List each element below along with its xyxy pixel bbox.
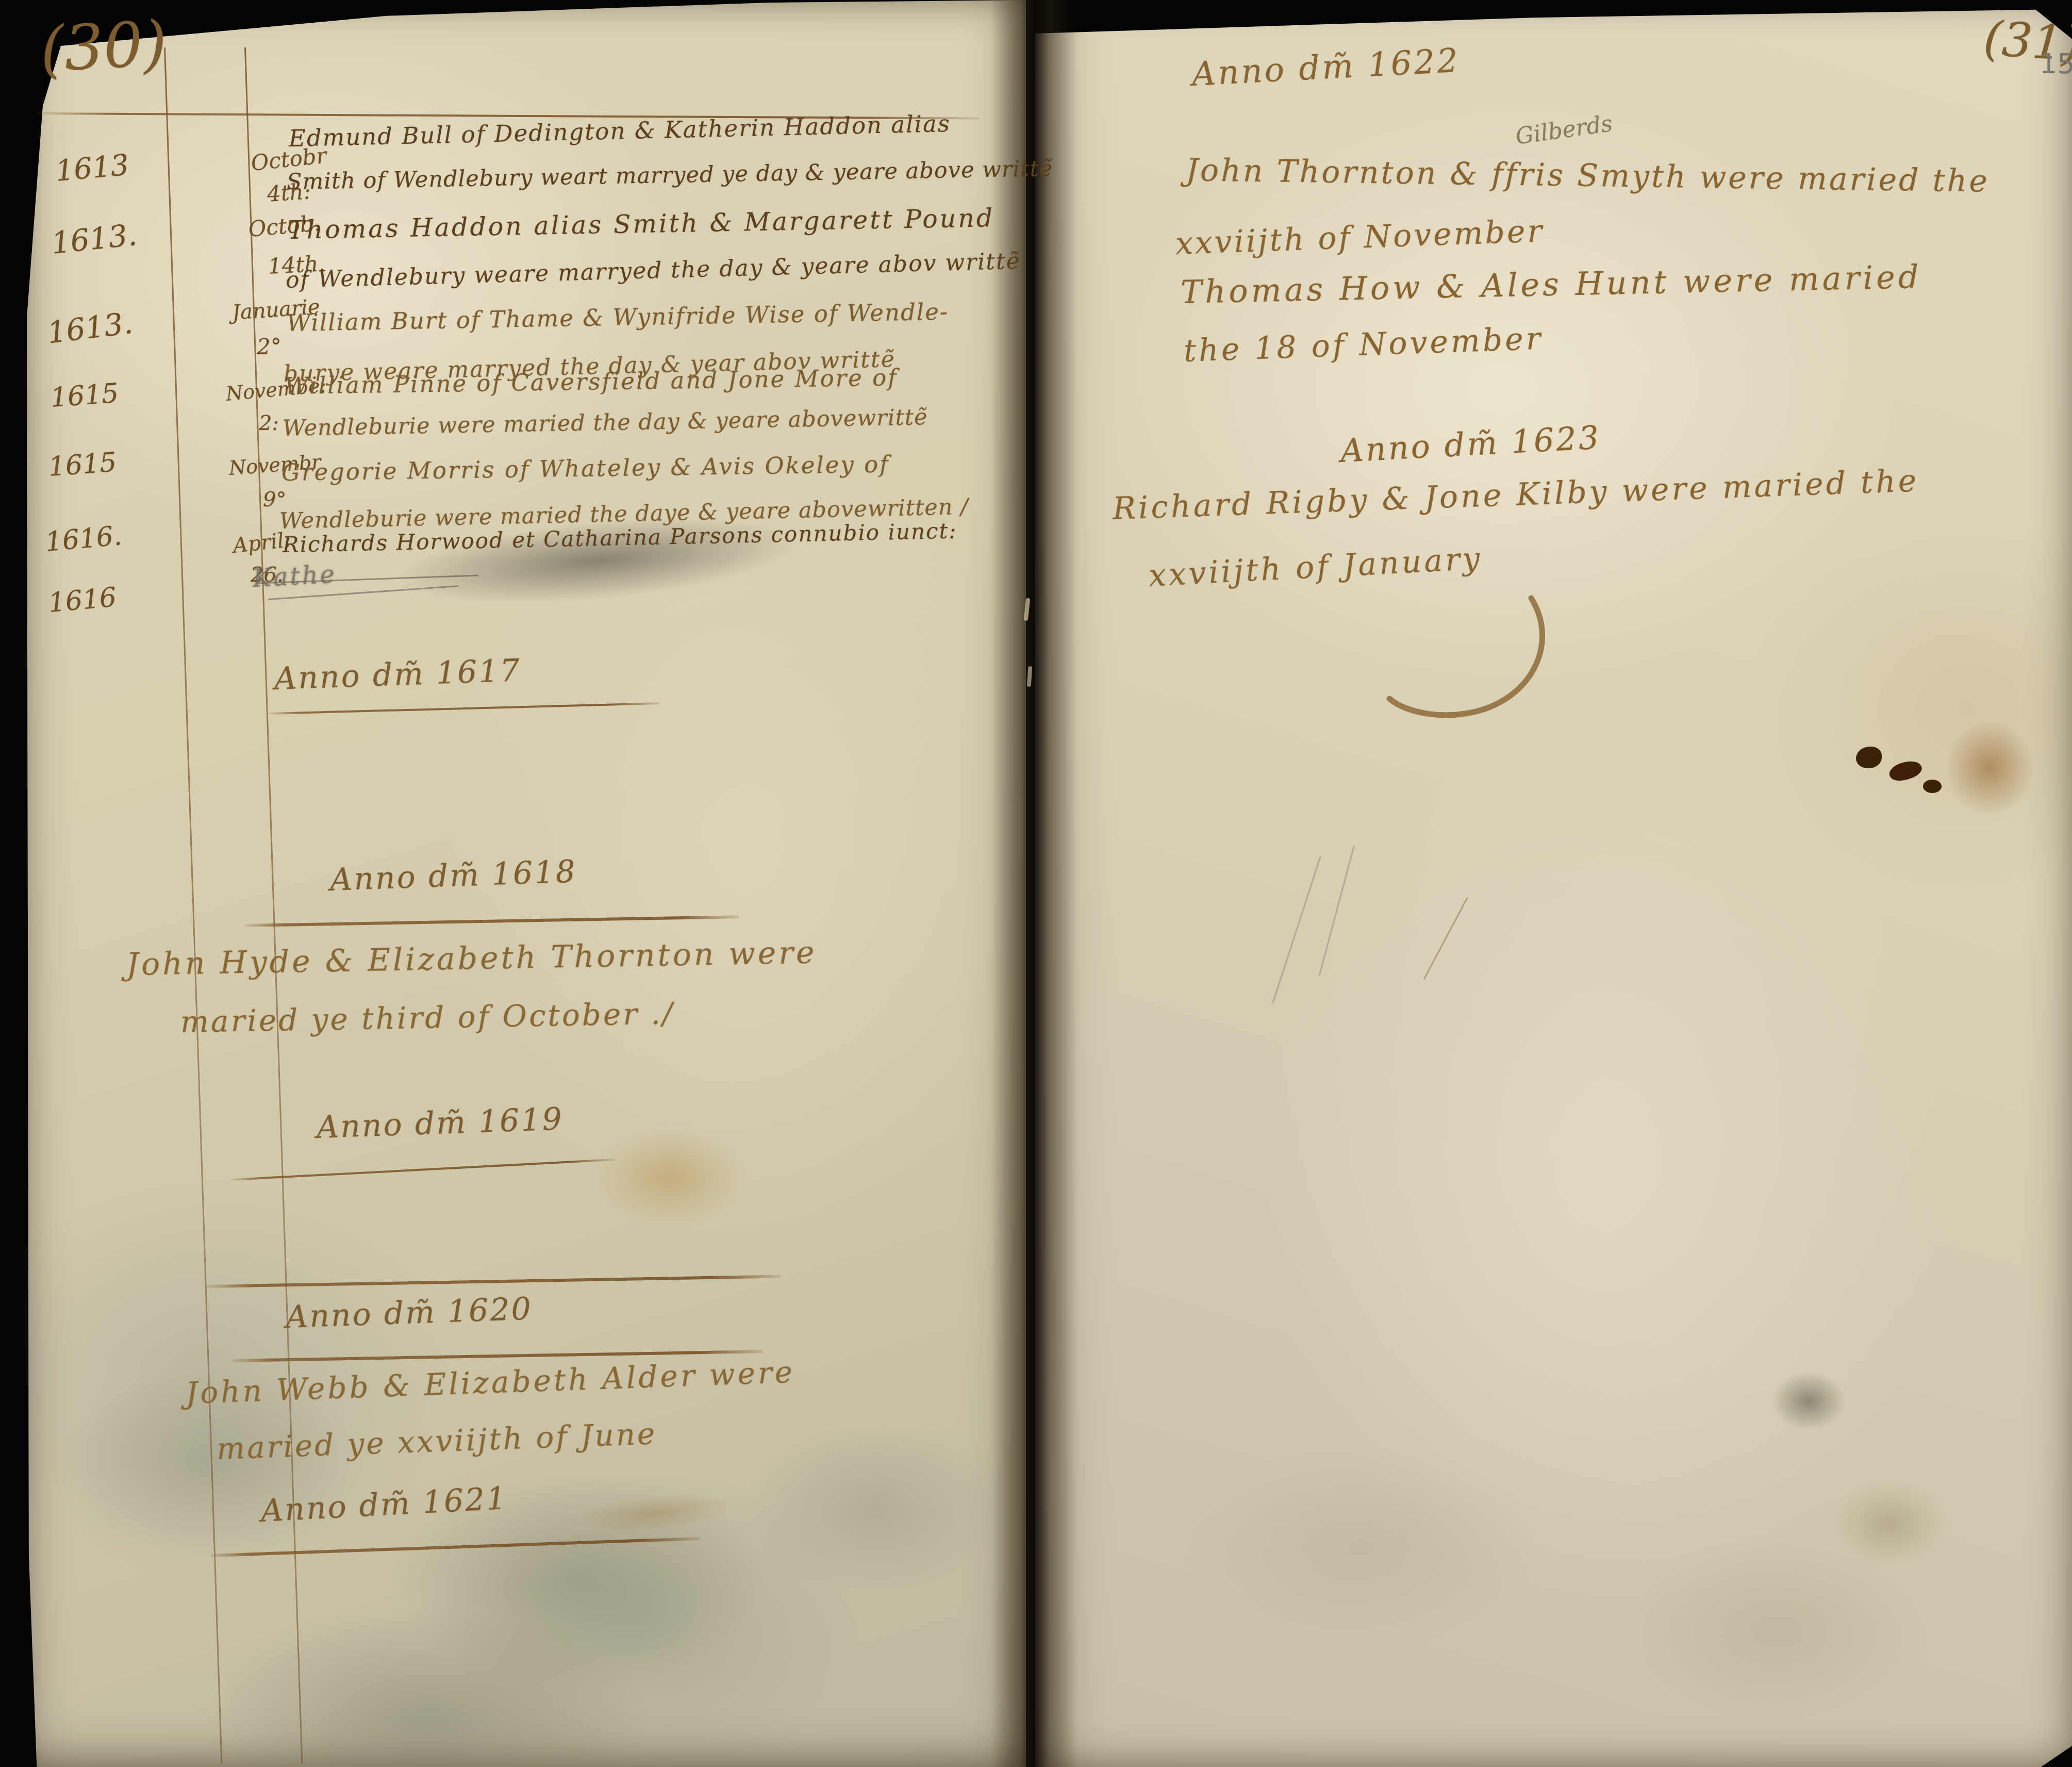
entry-date: 2°: [257, 334, 281, 359]
entry-year: 1615: [47, 447, 118, 483]
manuscript-scan: (30) (31) 15 1613 Octobr 4th: Edmund Bul…: [0, 0, 2072, 1767]
entry-year: 1615: [49, 378, 120, 414]
erased-entry-text: Kathe: [252, 560, 338, 593]
ink-blot: [1923, 780, 1942, 793]
entry-year: 1613: [54, 148, 130, 188]
stain: [1771, 1372, 1846, 1431]
pencil-folio-number: 15: [2040, 47, 2072, 80]
stain: [1830, 1480, 1949, 1567]
stain: [593, 1127, 748, 1228]
pen-flourish: [1340, 593, 1609, 727]
entry-year: 1616: [47, 582, 118, 619]
folio-number-left: (30): [38, 8, 169, 86]
entry-date: 2:: [259, 411, 279, 435]
ink-blot: [1856, 747, 1882, 768]
